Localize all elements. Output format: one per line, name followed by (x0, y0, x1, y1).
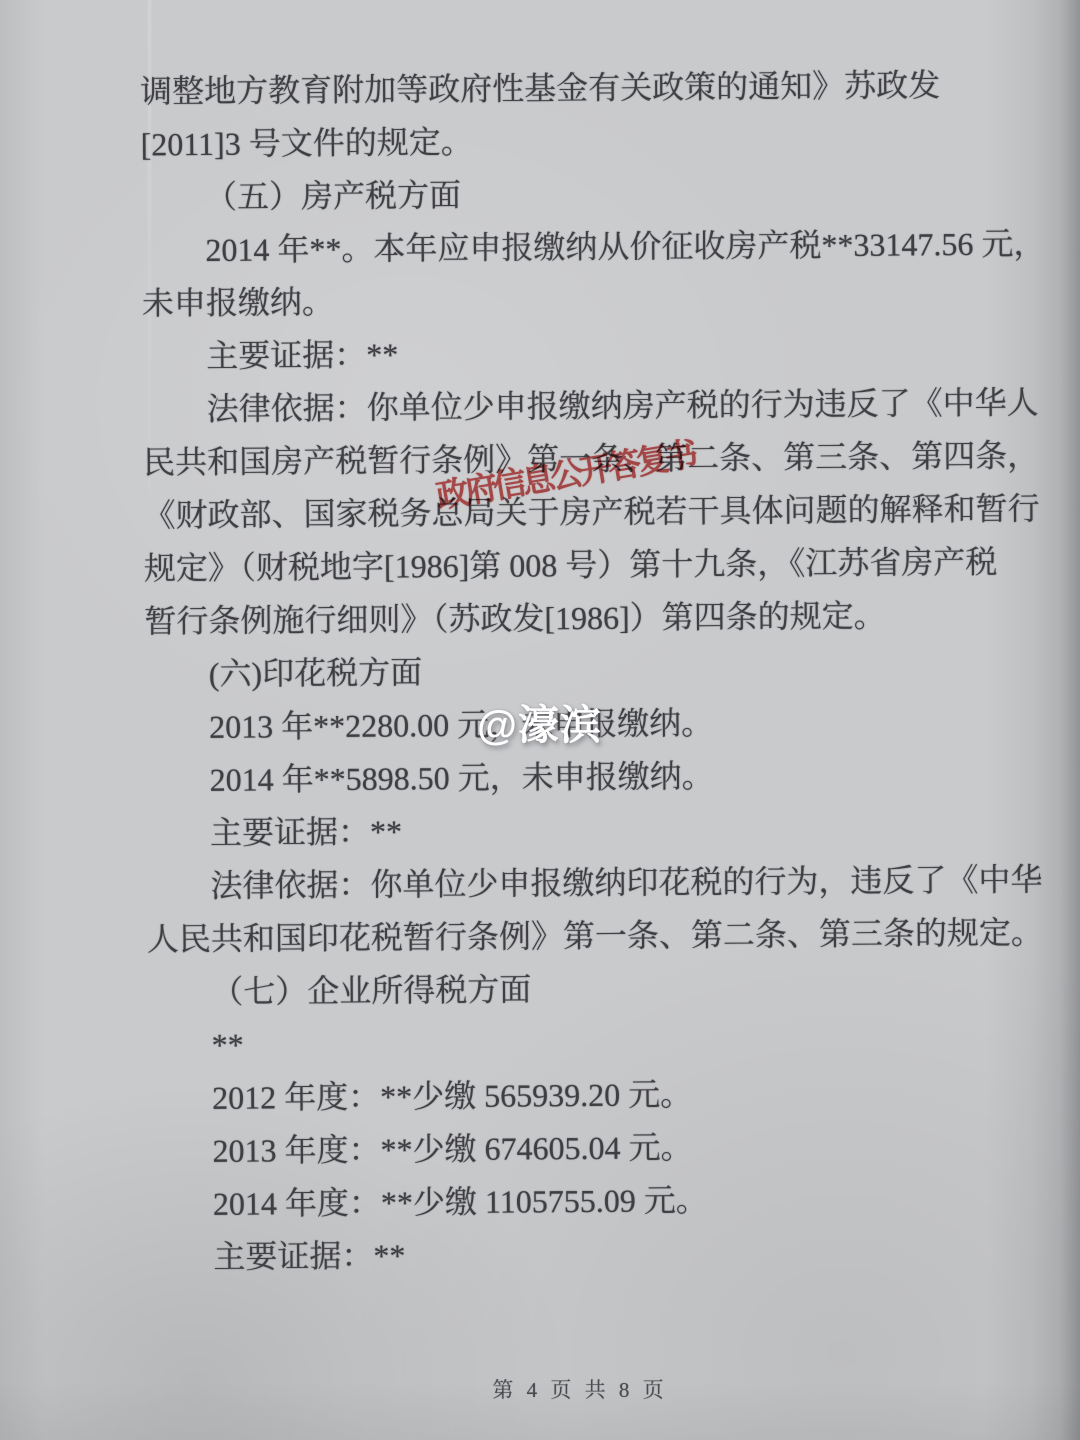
text-line: [2011]3 号文件的规定。 (140, 112, 1020, 172)
text-line: 暂行条例施行细则》（苏政发[1986]）第四条的规定。 (144, 589, 1024, 649)
text-line: （七）企业所得税方面 (147, 960, 1027, 1020)
document-lines: 调整地方教育附加等政府性基金有关政策的通知》苏政发[2011]3 号文件的规定。… (140, 59, 1030, 1285)
text-line: 主要证据：** (149, 1225, 1029, 1285)
text-line: 主要证据：** (142, 324, 1022, 384)
page-number: 第 4 页 共 8 页 (140, 1374, 1020, 1404)
text-line: 法律依据：你单位少申报缴纳房产税的行为违反了《中华人 (143, 377, 1023, 437)
text-line: 2014 年**。本年应申报缴纳从价征收房产税**33147.56 元， (141, 218, 1021, 278)
site-watermark: @濠滨 (477, 692, 602, 751)
text-line: 法律依据：你单位少申报缴纳印花税的行为，违反了《中华 (146, 854, 1026, 914)
text-line: （五）房产税方面 (141, 165, 1021, 225)
text-line: 主要证据：** (146, 801, 1026, 861)
text-line: 2012 年度：**少缴 565939.20 元。 (148, 1066, 1028, 1126)
document-photo: 调整地方教育附加等政府性基金有关政策的通知》苏政发[2011]3 号文件的规定。… (0, 0, 1080, 1440)
text-line: 2014 年**5898.50 元，未申报缴纳。 (145, 748, 1025, 808)
text-line: 调整地方教育附加等政府性基金有关政策的通知》苏政发 (140, 59, 1020, 119)
text-line: 2013 年度：**少缴 674605.04 元。 (148, 1119, 1028, 1179)
text-line: 规定》（财税地字[1986]第 008 号）第十九条，《江苏省房产税 (144, 536, 1024, 596)
document-text-block: 调整地方教育附加等政府性基金有关政策的通知》苏政发[2011]3 号文件的规定。… (140, 59, 1030, 1285)
text-line: 2014 年度：**少缴 1105755.09 元。 (149, 1172, 1029, 1232)
text-line: 未申报缴纳。 (142, 271, 1022, 331)
text-line: 人民共和国印花税暂行条例》第一条、第二条、第三条的规定。 (147, 907, 1027, 967)
text-line: ** (148, 1013, 1028, 1073)
